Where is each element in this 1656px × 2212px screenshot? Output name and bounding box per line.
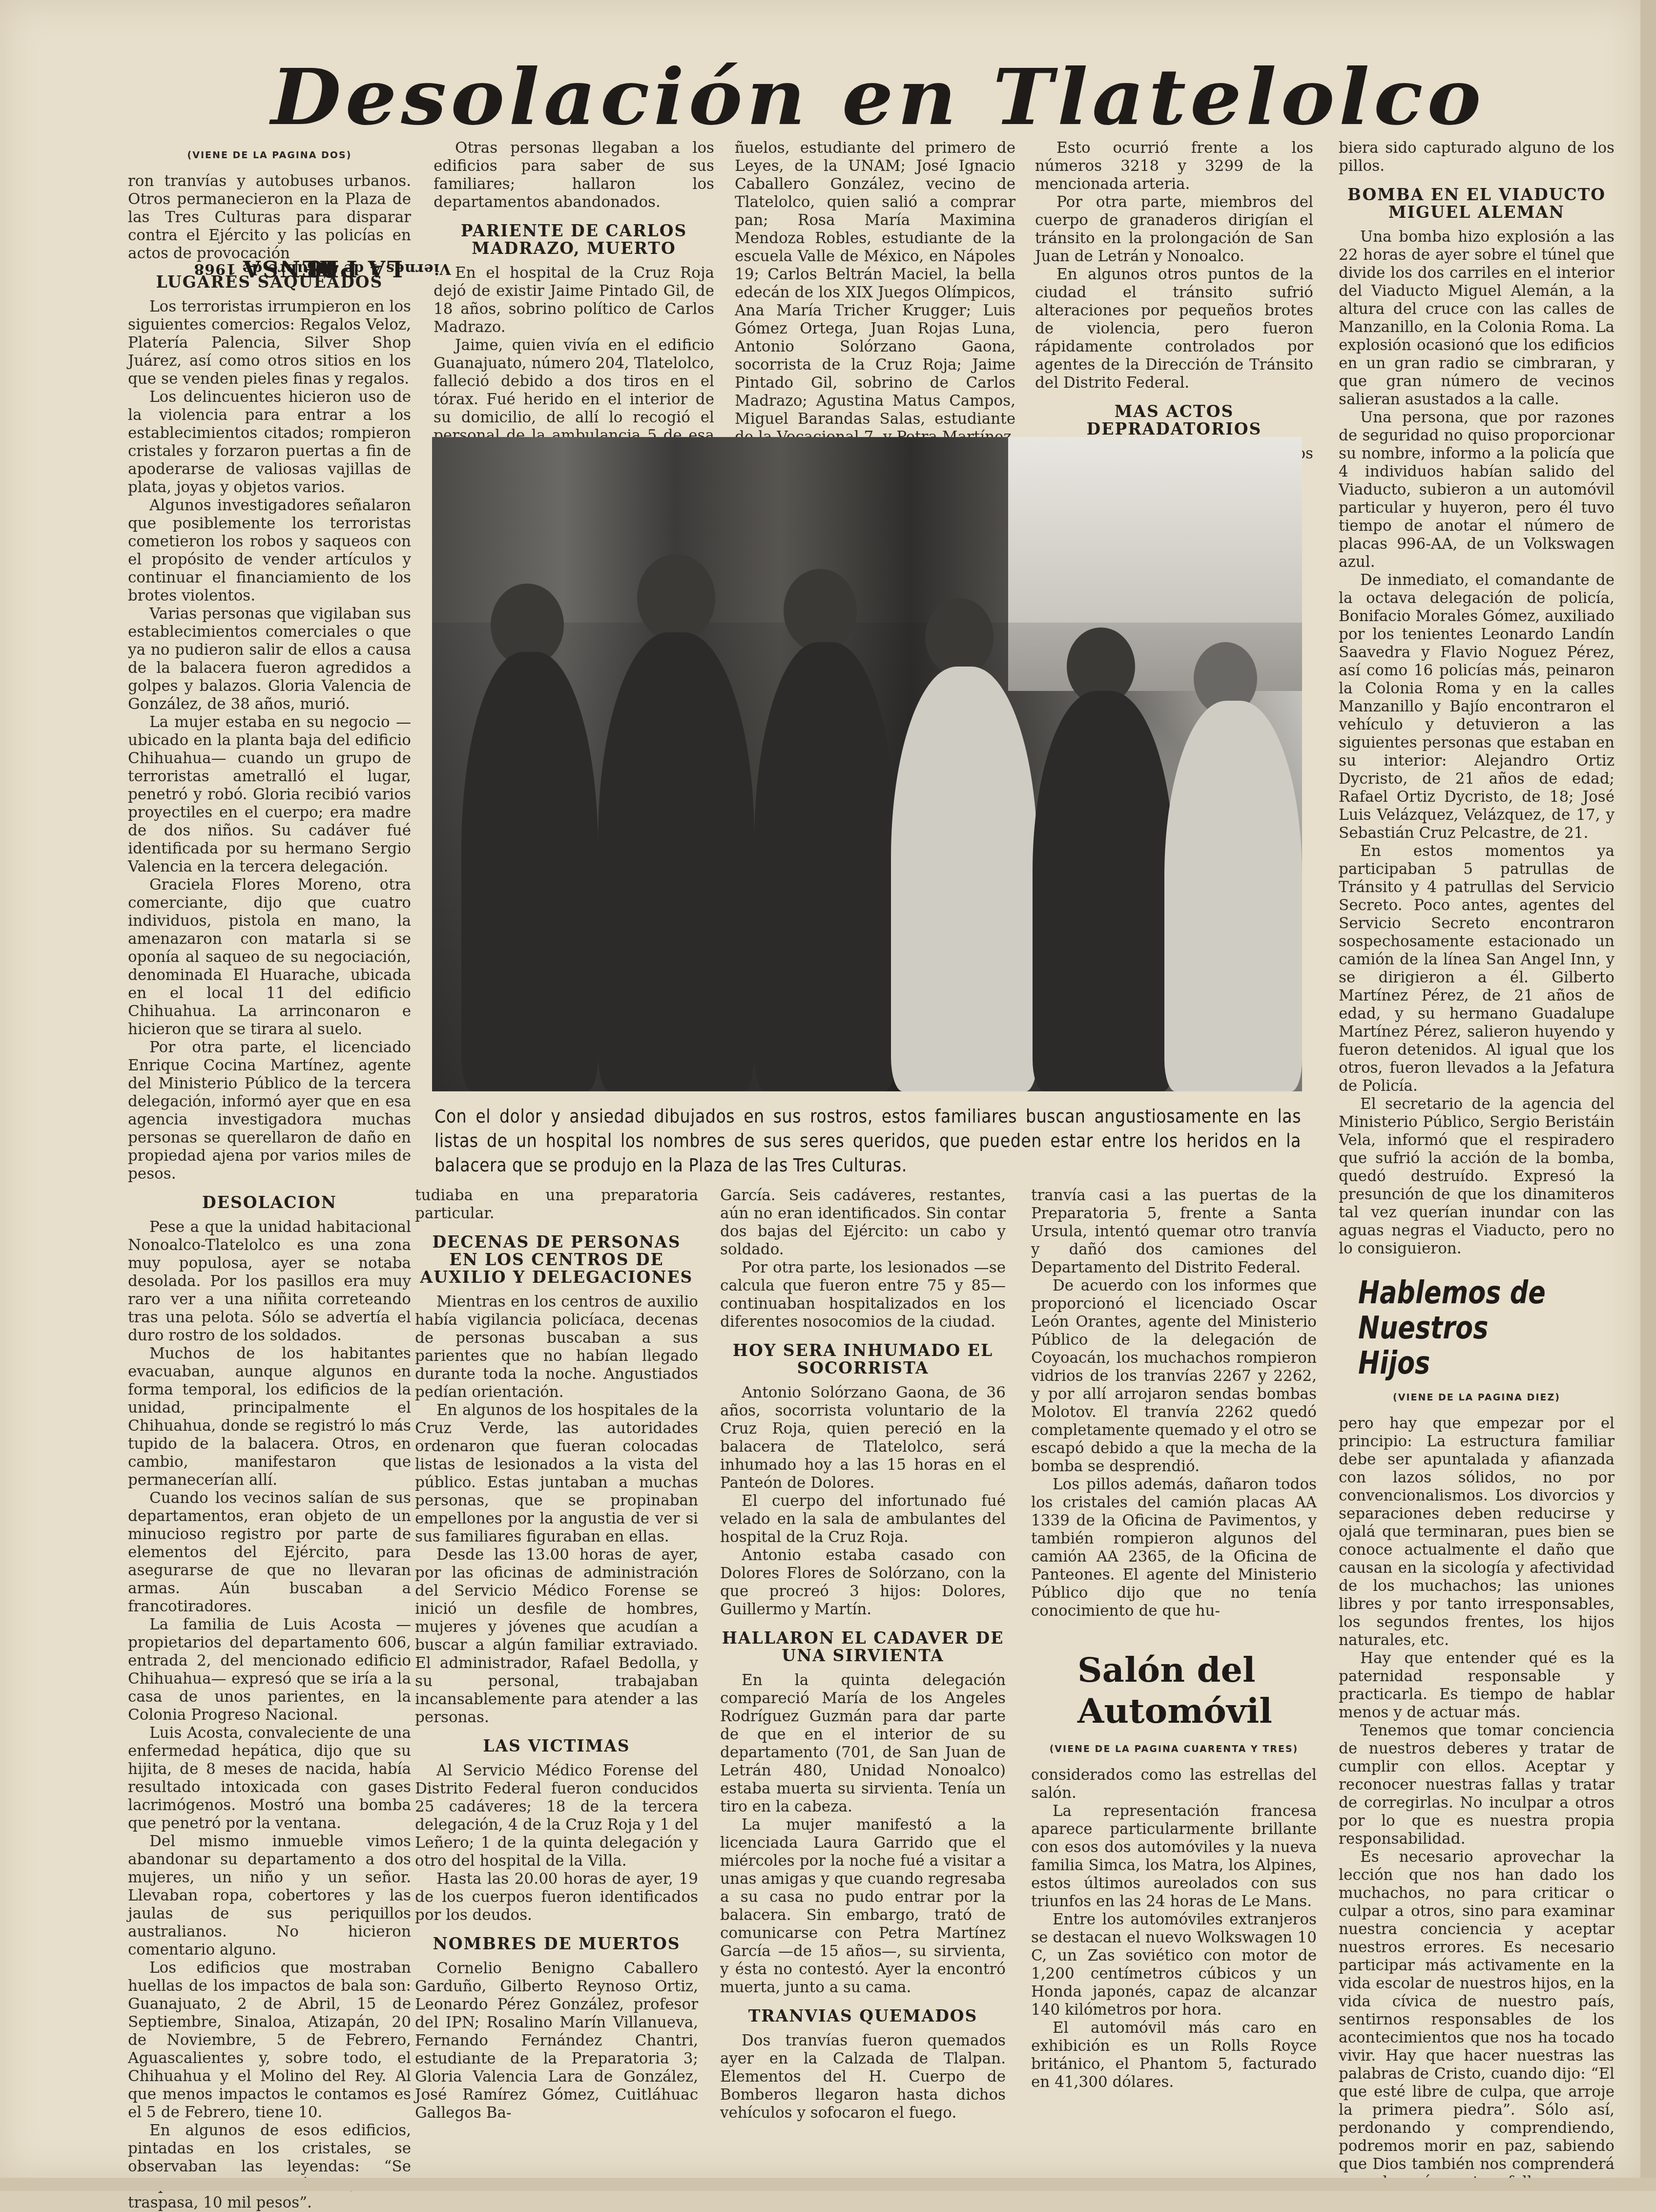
- paragraph: El secretario de la agencia del Minister…: [1339, 1095, 1615, 1258]
- photo-figure-head: [925, 598, 994, 676]
- paragraph: Es necesario aprovechar la lección que n…: [1339, 1848, 1615, 2191]
- salon-article: Salón del Automóvil (VIENE DE LA PAGINA …: [1031, 1649, 1317, 2091]
- paragraph: Hasta las 20.00 horas de ayer, 19 de los…: [415, 1870, 698, 1924]
- page-folio: Viernes 4 de Octubre de 1968 ● LA PRENSA…: [100, 76, 129, 491]
- paragraph: Varias personas que vigilaban sus establ…: [128, 605, 411, 713]
- paragraph: considerados como las estrellas del saló…: [1031, 1766, 1317, 1802]
- continued-from-label: (VIENE DE LA PAGINA DIEZ): [1339, 1389, 1615, 1407]
- paragraph: Los delincuentes hicieron uso de la viol…: [128, 388, 411, 497]
- paragraph: Del mismo inmueble vimos abandonar su de…: [128, 1833, 411, 1959]
- photo-figure: [598, 632, 754, 1091]
- paragraph: La mujer estaba en su negocio —ubicado e…: [128, 713, 411, 876]
- section-heading: BOMBA EN EL VIADUCTO MIGUEL ALEMAN: [1339, 186, 1615, 221]
- column-1: (VIENE DE LA PAGINA DOS) ron tranvías y …: [128, 143, 411, 2191]
- paragraph: biera sido capturado alguno de los pillo…: [1339, 139, 1615, 175]
- photo-figure: [754, 642, 896, 1091]
- paragraph: Desde las 13.00 horas de ayer, por las o…: [415, 1546, 698, 1727]
- column-4-bottom: tranvía casi a las puertas de la Prepara…: [1031, 1187, 1317, 2091]
- paragraph: El cuerpo del infortunado fué velado en …: [720, 1492, 1006, 1546]
- column-2-bottom: tudiaba en una preparatoria particular. …: [415, 1187, 698, 2122]
- photo-figure: [891, 667, 1037, 1091]
- paragraph: ñuelos, estudiante del primero de Leyes,…: [735, 139, 1015, 446]
- paragraph: Los edificios que mostraban huellas de l…: [128, 1959, 411, 2122]
- news-photo: [432, 437, 1302, 1091]
- page-edge: [0, 2178, 1656, 2191]
- paragraph: Al Servicio Médico Forense del Distrito …: [415, 1762, 698, 1870]
- paragraph: Graciela Flores Moreno, otra comerciante…: [128, 876, 411, 1039]
- hablemos-article: Hablemos de Nuestros Hijos (VIENE DE LA …: [1339, 1275, 1615, 2191]
- continued-from-label: (VIENE DE LA PAGINA DOS): [128, 146, 411, 165]
- headline: Desolación en Tlatelolco: [271, 54, 1542, 142]
- paragraph: Por otra parte, los lesionados —se calcu…: [720, 1259, 1006, 1331]
- column-3-bottom: García. Seis cadáveres, restantes, aún n…: [720, 1187, 1006, 2122]
- paragraph: Por otra parte, el licenciado Enrique Co…: [128, 1039, 411, 1183]
- section-heading: DESOLACION: [128, 1194, 411, 1211]
- paragraph: García. Seis cadáveres, restantes, aún n…: [720, 1187, 1006, 1259]
- paragraph: Una persona, que por razones de segurida…: [1339, 409, 1615, 571]
- paragraph: tudiaba en una preparatoria particular.: [415, 1187, 698, 1223]
- paragraph: Algunos investigadores señalaron que pos…: [128, 497, 411, 605]
- section-heading: HALLARON EL CADAVER DE UNA SIRVIENTA: [720, 1629, 1006, 1665]
- paragraph: Cuando los vecinos salían de sus departa…: [128, 1489, 411, 1616]
- paragraph: ron tranvías y autobuses urbanos. Otros …: [128, 172, 411, 263]
- section-heading: LAS VICTIMAS: [415, 1737, 698, 1755]
- hablemos-title: Hablemos de Nuestros Hijos: [1358, 1275, 1569, 1381]
- column-4-top: Esto ocurrió frente a los números 3218 y…: [1035, 139, 1313, 481]
- paragraph: Los terroristas irrumpieron en los sigui…: [128, 298, 411, 388]
- paragraph: De inmediato, el comandante de la octava…: [1339, 571, 1615, 842]
- paragraph: Entre los automóviles extranjeros se des…: [1031, 1911, 1317, 2019]
- continued-from-label: (VIENE DE LA PAGINA CUARENTA Y TRES): [1031, 1740, 1317, 1758]
- paragraph: En el hospital de la Cruz Roja dejó de e…: [434, 264, 714, 336]
- paragraph: Los pillos además, dañaron todos los cri…: [1031, 1476, 1317, 1620]
- paragraph: Pese a que la unidad habitacional Nonoal…: [128, 1218, 411, 1345]
- paragraph: Una bomba hizo explosión a las 22 horas …: [1339, 228, 1615, 409]
- column-5: biera sido capturado alguno de los pillo…: [1339, 139, 1615, 2191]
- paragraph: En la quinta delegación compareció María…: [720, 1671, 1006, 1816]
- section-heading: TRANVIAS QUEMADOS: [720, 2007, 1006, 2025]
- newspaper-page: Viernes 4 de Octubre de 1968 ● LA PRENSA…: [0, 0, 1640, 2178]
- section-heading: PARIENTE DE CARLOS MADRAZO, MUERTO: [434, 222, 714, 257]
- section-heading: NOMBRES DE MUERTOS: [415, 1935, 698, 1953]
- page-edge: [1640, 0, 1656, 2191]
- column-3-top: ñuelos, estudiante del primero de Leyes,…: [735, 139, 1015, 446]
- paragraph: De acuerdo con los informes que proporci…: [1031, 1277, 1317, 1476]
- paragraph: tranvía casi a las puertas de la Prepara…: [1031, 1187, 1317, 1277]
- paragraph: En algunos de los hospitales de la Cruz …: [415, 1401, 698, 1546]
- photo-caption: Con el dolor y ansiedad dibujados en sus…: [435, 1105, 1301, 1178]
- photo-figure: [1033, 691, 1174, 1091]
- paragraph: Por otra parte, miembros del cuerpo de g…: [1035, 193, 1313, 266]
- paragraph: Muchos de los habitantes evacuaban, aunq…: [128, 1345, 411, 1489]
- paragraph: La representación francesa aparece parti…: [1031, 1802, 1317, 1911]
- paragraph: Otras personas llegaban a los edificios …: [434, 139, 714, 211]
- column-2-top: Otras personas llegaban a los edificios …: [434, 139, 714, 463]
- paragraph: pero hay que empezar por el principio: L…: [1339, 1415, 1615, 1649]
- paragraph: Hay que entender qué es la paternidad re…: [1339, 1649, 1615, 1722]
- section-heading: HOY SERA INHUMADO EL SOCORRISTA: [720, 1342, 1006, 1377]
- photo-figure-head: [784, 569, 857, 652]
- section-heading: MAS ACTOS DEPRADATORIOS: [1035, 403, 1313, 438]
- section-heading: DECENAS DE PERSONAS EN LOS CENTROS DE AU…: [415, 1233, 698, 1286]
- photo-figure-head: [637, 554, 715, 642]
- paragraph: El automóvil más caro en exhibición es u…: [1031, 2019, 1317, 2091]
- section-heading: LUGARES SAQUEADOS: [128, 273, 411, 291]
- salon-title: Salón del Automóvil: [1031, 1649, 1317, 1732]
- paragraph: Mientras en los centros de auxilio había…: [415, 1293, 698, 1401]
- paragraph: Dos tranvías fueron quemados ayer en la …: [720, 2032, 1006, 2122]
- paragraph: La familia de Luis Acosta —propietarios …: [128, 1616, 411, 1724]
- paragraph: En estos momentos ya participaban 5 patr…: [1339, 842, 1615, 1095]
- paragraph: Esto ocurrió frente a los números 3218 y…: [1035, 139, 1313, 193]
- paragraph: Tenemos que tomar conciencia de nuestros…: [1339, 1722, 1615, 1848]
- paragraph: Luis Acosta, convaleciente de una enferm…: [128, 1724, 411, 1833]
- paragraph: Antonio Solórzano Gaona, de 36 años, soc…: [720, 1384, 1006, 1492]
- paragraph: En algunos otros puntos de la ciudad el …: [1035, 266, 1313, 392]
- paragraph: Antonio estaba casado con Dolores Flores…: [720, 1546, 1006, 1619]
- paragraph: La mujer manifestó a la licenciada Laura…: [720, 1816, 1006, 1997]
- photo-figure: [461, 652, 598, 1091]
- paragraph: Cornelio Benigno Caballero Garduño, Gilb…: [415, 1960, 698, 2122]
- photo-figure: [1164, 701, 1302, 1091]
